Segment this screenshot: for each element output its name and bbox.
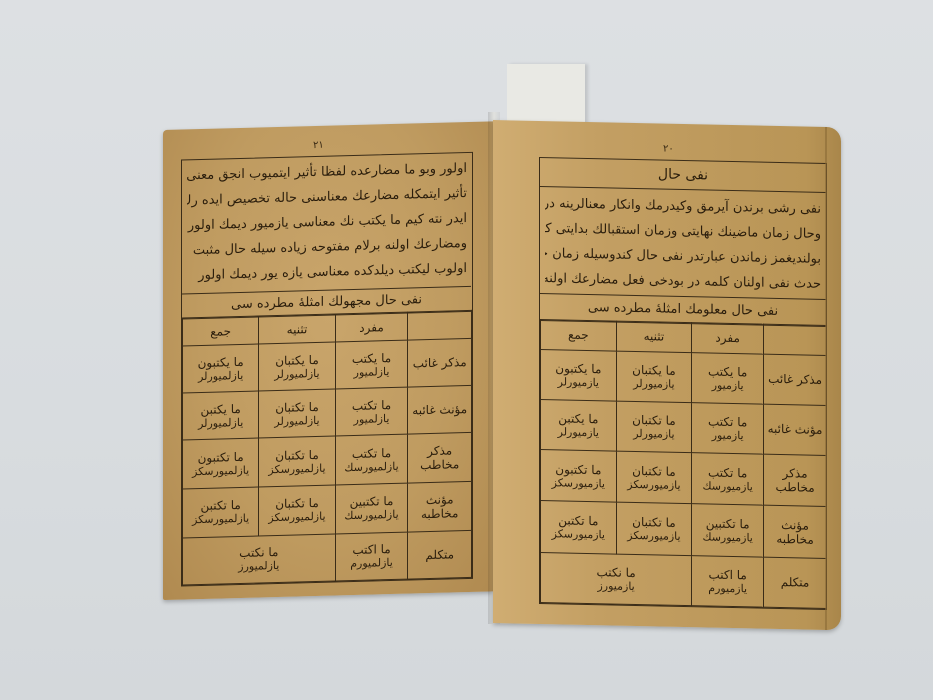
table-row: مؤنث غائبه ما تكتبيازميور ما تكتبانيازمي… [541,399,827,455]
header-cell: مفرد [335,312,408,342]
table-cell: ما يكتبيازلميور [335,340,408,389]
header-cell: مفرد [692,323,764,354]
table-cell: ما تكتبانيازلميورسكز [259,485,335,536]
table-cell: ما اكتبيازلميورم [335,532,408,581]
table-cell: ما تكتبونيازلميورسكز [183,438,259,489]
table-row: مذكر مخاطب ما تكتبيازلميورسك ما تكتبانيا… [183,433,472,489]
table-row: مؤنث مخاطبه ما تكتبينيازلميورسك ما تكتبا… [183,482,472,538]
header-cell [408,310,472,340]
conjugation-table: مفرد تثنيه جمع مذكر غائب ما يكتبيازلميور… [182,310,472,586]
table-cell: ما يكتبونيازلميورلر [183,344,259,393]
header-cell: تثنيه [259,314,335,344]
table-cell: ما تكتبيازميورسك [692,452,764,505]
header-cell: جمع [541,319,617,350]
table-row: مؤنث غائبه ما تكتبيازلميور ما تكتبانيازل… [183,386,472,441]
row-label: مؤنث غائبه [408,386,472,435]
table-cell: ما تكتبانيازميورسكز [616,502,692,555]
table-cell: ما يكتبنيازلميورلر [183,391,259,440]
row-label: مذكر غائب [764,354,827,405]
page-number: ٢٠ [663,144,674,155]
row-label: مؤنث غائبه [764,404,827,455]
table-cell: ما يكتبنيازميورلر [541,399,617,451]
paper-bookmark [507,64,585,126]
row-label: مؤنث مخاطبه [764,506,827,559]
row-label: مذكر مخاطب [764,454,827,507]
table-cell: ما تكتبنيازميورسكز [541,501,617,554]
table-cell: ما يكتبيازميور [692,352,764,404]
header-cell [764,324,827,355]
table-footer-row: متكلم ما اكتبيازلميورم ما نكتبيازلميورز [183,530,472,585]
row-label: متكلم [764,557,827,608]
paragraph: نفى رشى برندن آيرمق وكيدرمك وانكار معنال… [545,191,821,297]
paragraph: اولور وبو ما مضارعده لفظا تأثير ايتميوب … [187,156,467,288]
table-cell: ما نكتبيازميورز [541,552,692,605]
table-footer-row: متكلم ما اكتبيازميورم ما نكتبيازميورز [541,552,827,608]
table-cell: ما تكتبيازلميورسك [335,435,408,486]
table-cell: ما يكتبونيازميورلر [541,349,617,401]
table-row: مذكر غائب ما يكتبيازلميور ما يكتبانيازلم… [183,338,472,393]
row-label: مذكر غائب [408,338,472,387]
header-cell: تثنيه [616,321,692,352]
table-cell: ما نكتبيازلميورز [183,534,336,585]
table-cell: ما تكتبانيازلميورسكز [259,436,335,487]
table-cell: ما تكتبانيازميورسكز [616,451,692,504]
table-cell: ما تكتبيازلميور [335,387,408,436]
row-label: مؤنث مخاطبه [408,482,472,532]
header-cell: جمع [183,316,259,346]
conjugation-table: مفرد تثنيه جمع مذكر غائب ما يكتبيازميور … [540,319,827,609]
table-row: مؤنث مخاطبه ما تكتبينيازميورسك ما تكتبان… [541,501,827,559]
row-label: مذكر مخاطب [408,433,472,483]
section-title: نفى حال [540,158,826,193]
table-cell: ما تكتبينيازميورسك [692,504,764,557]
table-cell: ما تكتبينيازلميورسك [335,483,408,534]
table-cell: ما يكتبانيازميورلر [616,351,692,403]
table-cell: ما يكتبانيازلميورلر [259,342,335,391]
table-cell: ما تكتبنيازلميورسكز [183,487,259,538]
table-cell: ما تكتبانيازلميورلر [259,389,335,438]
table-row: مذكر غائب ما يكتبيازميور ما يكتبانيازميو… [541,349,827,405]
table-cell: ما تكتبانيازميورلر [616,401,692,453]
page-number: ٢١ [313,140,324,151]
table-row: مذكر مخاطب ما تكتبيازميورسك ما تكتبانياز… [541,449,827,507]
right-page: ٢٠ نفى حال نفى رشى برندن آيرمق وكيدرمك و… [493,120,841,630]
table-cell: ما تكتبيازميور [692,402,764,454]
left-page: ٢١ اولور وبو ما مضارعده لفظا تأثير ايتمي… [163,121,493,600]
table-cell: ما اكتبيازميورم [692,556,764,608]
table-cell: ما تكتبونيازميورسكز [541,449,617,502]
row-label: متكلم [408,530,472,579]
